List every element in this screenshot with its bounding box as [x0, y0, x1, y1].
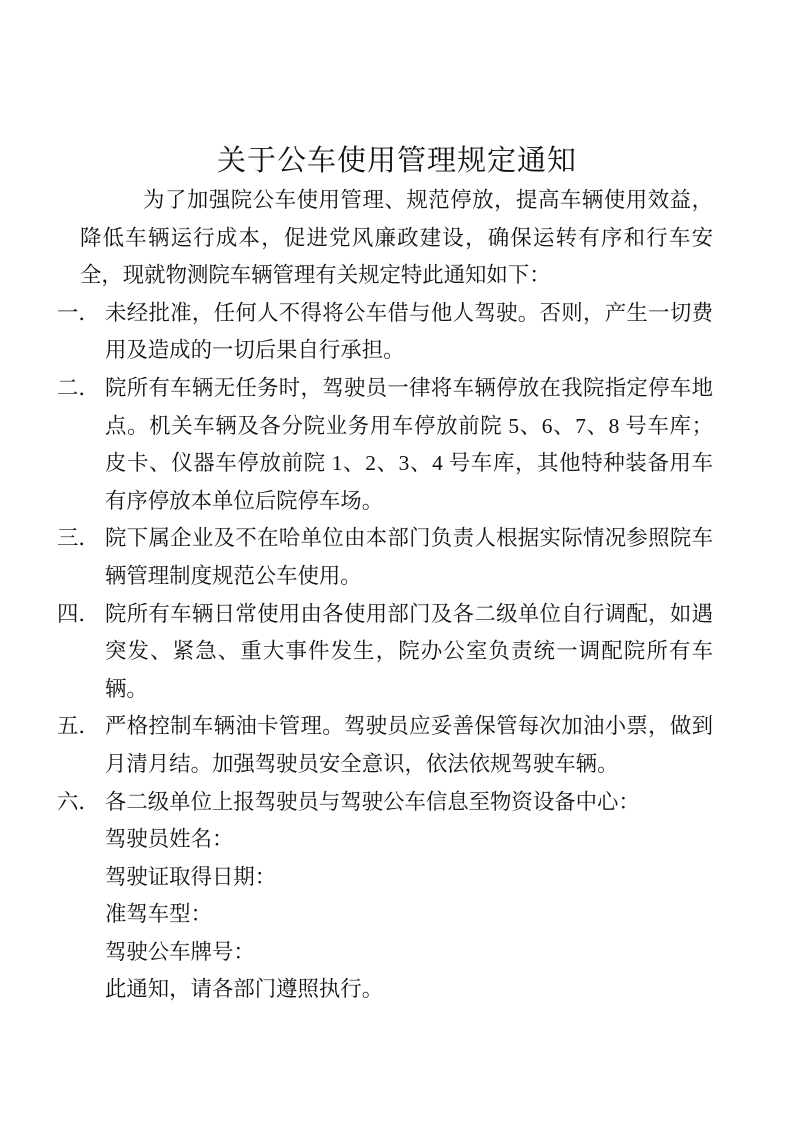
form-field-driver-name: 驾驶员姓名： [57, 821, 713, 859]
list-item-6: 六．各二级单位上报驾驶员与驾驶公车信息至物资设备中心： [57, 784, 713, 822]
list-item-2-marker: 二． [57, 370, 100, 408]
list-item-1-text: 未经批准，任何人不得将公车借与他人驾驶。否则，产生一切费用及造成的一切后果自行承… [105, 301, 713, 363]
list-item-6-text: 各二级单位上报驾驶员与驾驶公车信息至物资设备中心： [105, 790, 640, 814]
document-body: 为了加强院公车使用管理、规范停放，提高车辆使用效益，降低车辆运行成本，促进党风廉… [57, 182, 713, 1009]
list-item-6-marker: 六． [57, 784, 100, 822]
document-page: 关于公车使用管理规定通知 为了加强院公车使用管理、规范停放，提高车辆使用效益，降… [0, 0, 794, 1122]
form-field-license-date: 驾驶证取得日期： [57, 859, 713, 897]
intro-paragraph: 为了加强院公车使用管理、规范停放，提高车辆使用效益，降低车辆运行成本，促进党风廉… [80, 182, 713, 295]
list-item-5: 五．严格控制车辆油卡管理。驾驶员应妥善保管每次加油小票，做到月清月结。加强驾驶员… [57, 708, 713, 783]
list-item-3-text: 院下属企业及不在哈单位由本部门负责人根据实际情况参照院车辆管理制度规范公车使用。 [105, 526, 713, 588]
list-item-5-marker: 五． [57, 708, 100, 746]
list-item-5-text: 严格控制车辆油卡管理。驾驶员应妥善保管每次加油小票，做到月清月结。加强驾驶员安全… [105, 714, 713, 776]
list-item-4-marker: 四． [57, 596, 100, 634]
list-item-1-marker: 一． [57, 295, 100, 333]
list-item-3: 三．院下属企业及不在哈单位由本部门负责人根据实际情况参照院车辆管理制度规范公车使… [57, 520, 713, 595]
list-item-4-text: 院所有车辆日常使用由各使用部门及各二级单位自行调配，如遇突发、紧急、重大事件发生… [105, 602, 713, 701]
list-item-1: 一．未经批准，任何人不得将公车借与他人驾驶。否则，产生一切费用及造成的一切后果自… [57, 295, 713, 370]
document-title: 关于公车使用管理规定通知 [81, 140, 713, 182]
list-item-3-marker: 三． [57, 520, 100, 558]
list-item-2-text: 院所有车辆无任务时，驾驶员一律将车辆停放在我院指定停车地点。机关车辆及各分院业务… [105, 376, 713, 513]
form-field-vehicle-class: 准驾车型： [57, 896, 713, 934]
list-item-4: 四．院所有车辆日常使用由各使用部门及各二级单位自行调配，如遇突发、紧急、重大事件… [57, 596, 713, 709]
list-item-2: 二．院所有车辆无任务时，驾驶员一律将车辆停放在我院指定停车地点。机关车辆及各分院… [57, 370, 713, 520]
form-field-plate-number: 驾驶公车牌号： [57, 934, 713, 972]
closing-statement: 此通知，请各部门遵照执行。 [57, 971, 713, 1009]
